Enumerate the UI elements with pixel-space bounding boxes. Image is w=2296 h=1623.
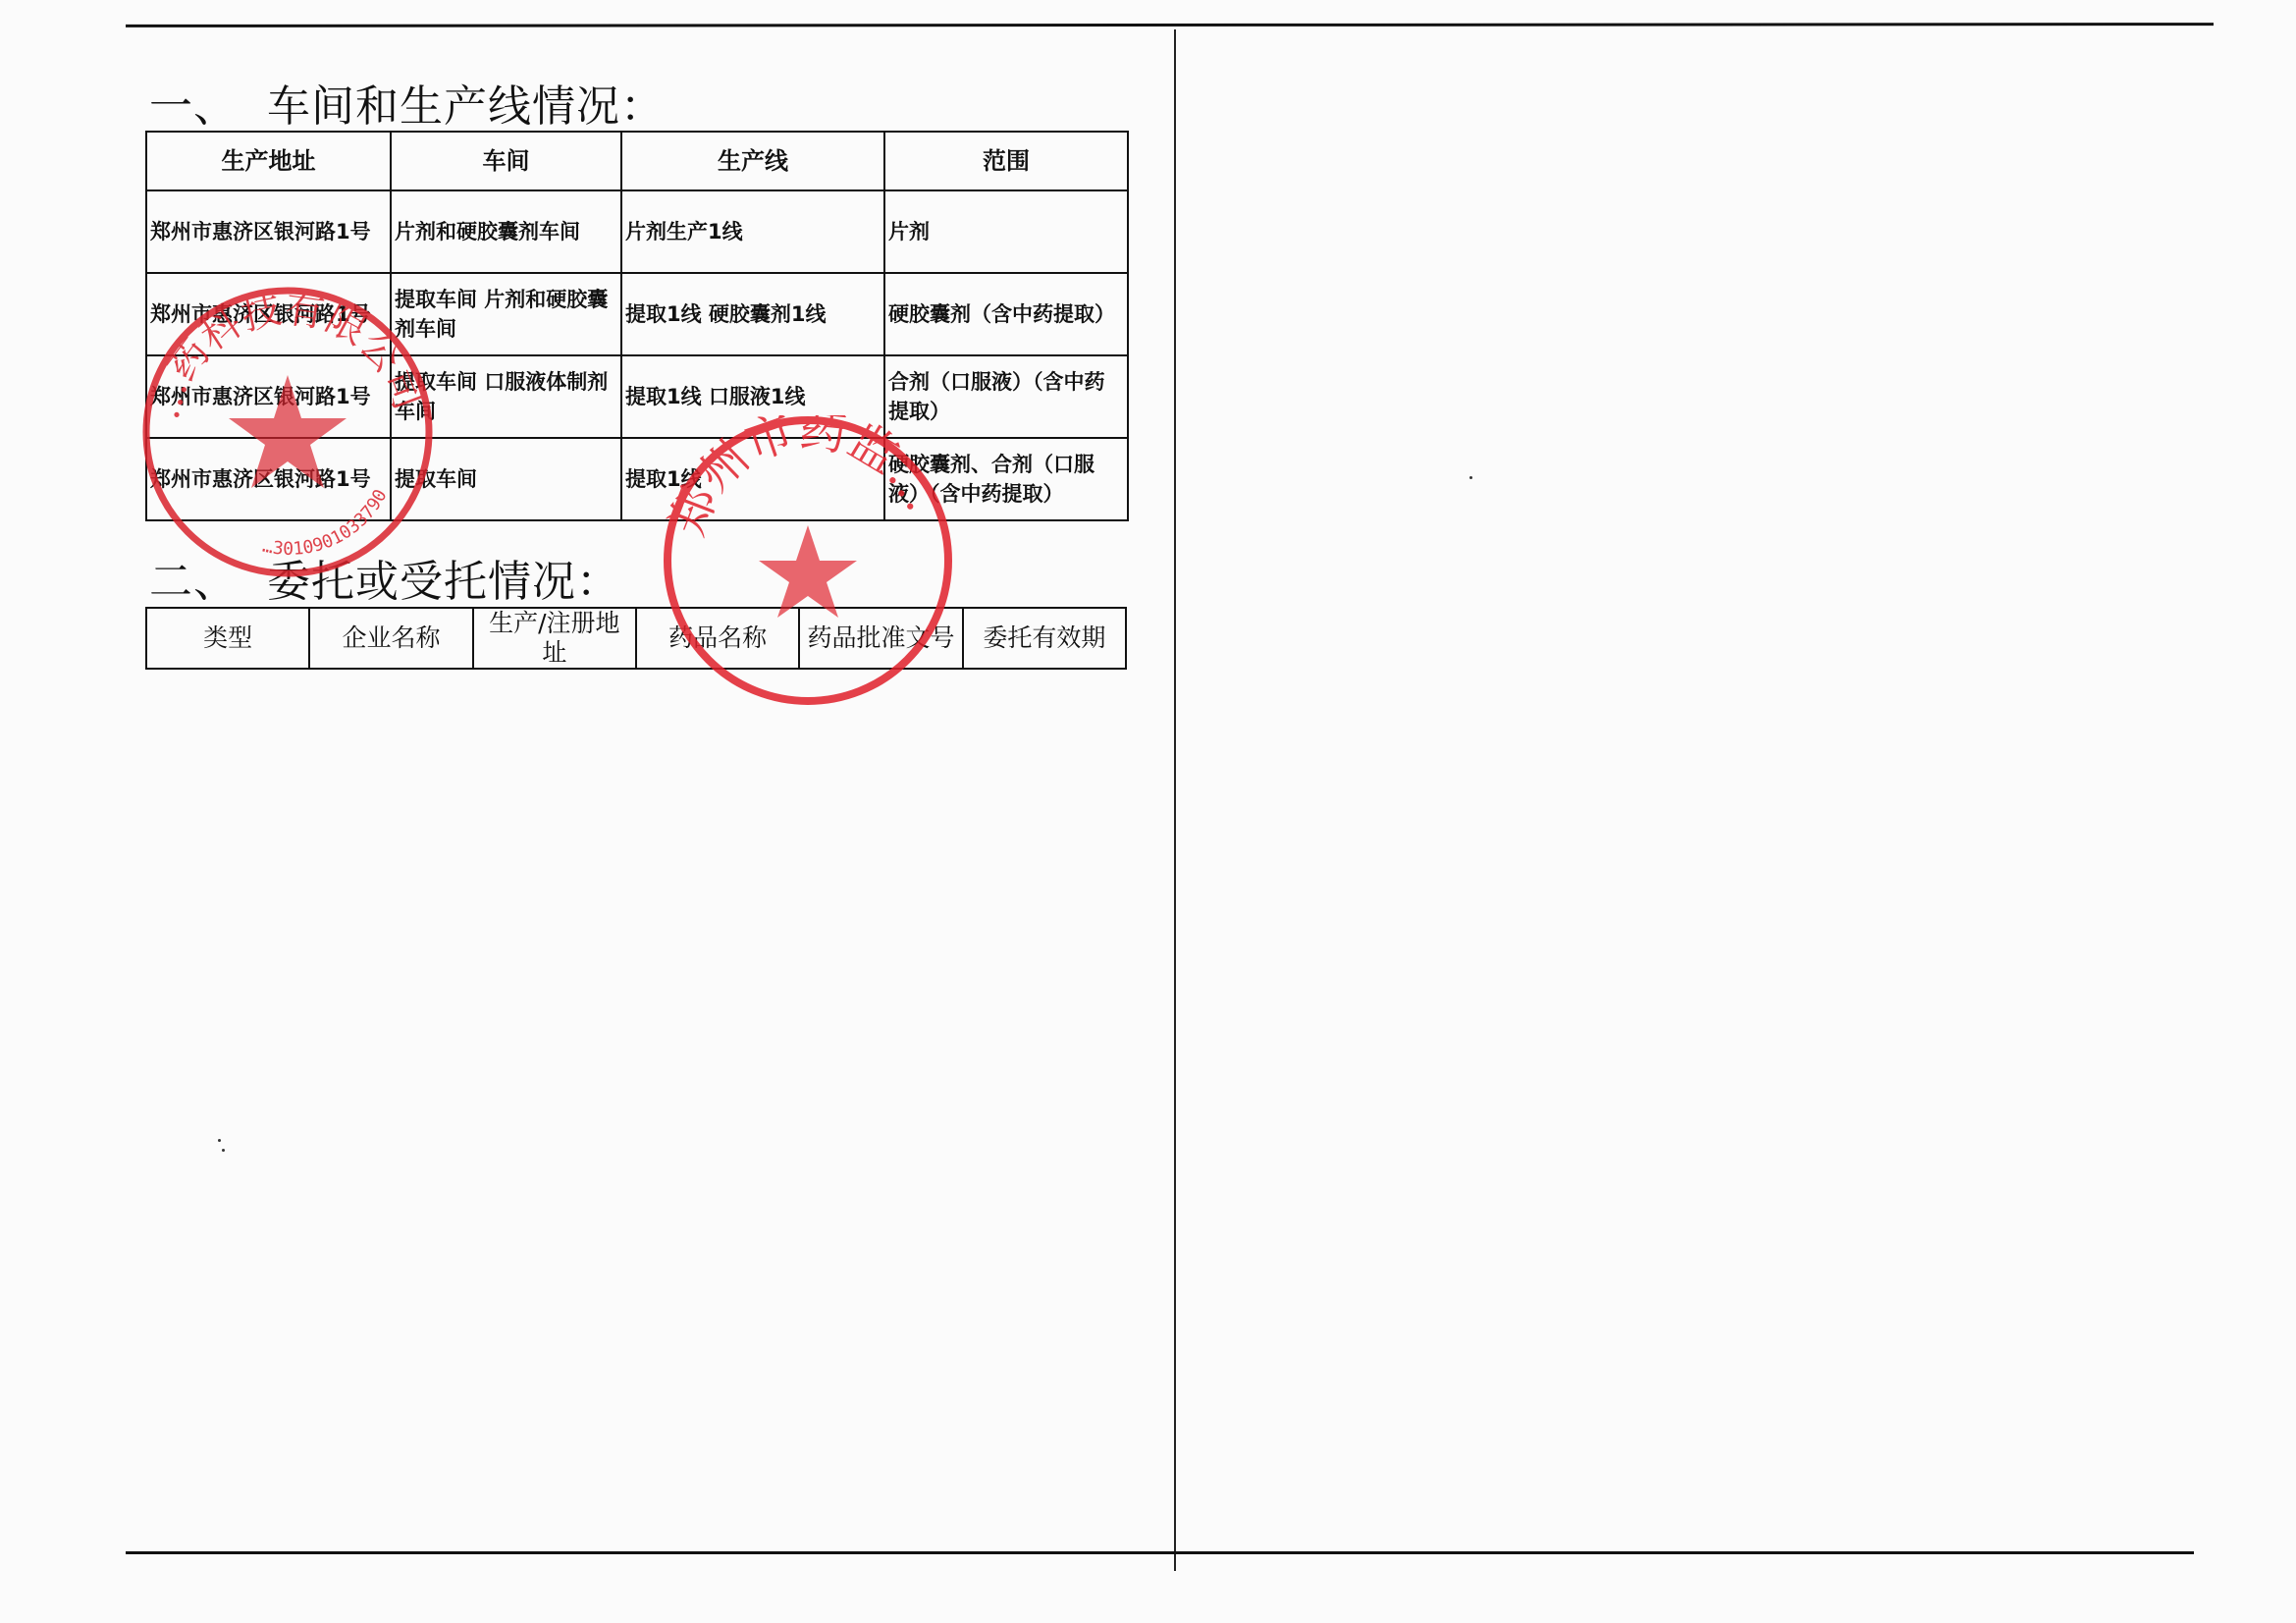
header-approval-number: 药品批准文号 bbox=[799, 608, 962, 669]
star-icon bbox=[759, 525, 857, 618]
table-row: 郑州市惠济区银河路1号 提取车间 口服液体制剂车间 提取1线 口服液1线 合剂（… bbox=[146, 355, 1128, 438]
cell-workshop: 提取车间 口服液体制剂车间 bbox=[391, 355, 621, 438]
header-production-line: 生产线 bbox=[621, 132, 884, 190]
header-registered-address: 生产/注册地址 bbox=[473, 608, 636, 669]
section-title-entrustment: 二、 委托或受托情况： bbox=[149, 546, 620, 609]
scan-speck bbox=[222, 1149, 225, 1152]
table-row: 郑州市惠济区银河路1号 提取车间 提取1线 硬胶囊剂、合剂（口服液）（含中药提取… bbox=[146, 438, 1128, 520]
cell-workshop: 提取车间 片剂和硬胶囊剂车间 bbox=[391, 273, 621, 355]
cell-workshop: 片剂和硬胶囊剂车间 bbox=[391, 190, 621, 273]
header-address: 生产地址 bbox=[146, 132, 391, 190]
scan-speck bbox=[218, 1139, 221, 1142]
page-bottom-rule bbox=[126, 1551, 2194, 1554]
header-drug-name: 药品名称 bbox=[636, 608, 799, 669]
cell-address: 郑州市惠济区银河路1号 bbox=[146, 273, 391, 355]
cell-workshop: 提取车间 bbox=[391, 438, 621, 520]
cell-address: 郑州市惠济区银河路1号 bbox=[146, 190, 391, 273]
header-workshop: 车间 bbox=[391, 132, 621, 190]
header-validity-period: 委托有效期 bbox=[963, 608, 1126, 669]
scan-speck bbox=[1469, 476, 1472, 479]
workshop-production-line-table: 生产地址 车间 生产线 范围 郑州市惠济区银河路1号 片剂和硬胶囊剂车间 片剂生… bbox=[145, 131, 1129, 521]
cell-production-line: 提取1线 bbox=[621, 438, 884, 520]
header-type: 类型 bbox=[146, 608, 309, 669]
header-scope: 范围 bbox=[884, 132, 1128, 190]
page-top-rule bbox=[126, 23, 2214, 27]
page-center-divider bbox=[1174, 29, 1176, 1571]
table-row: 郑州市惠济区银河路1号 提取车间 片剂和硬胶囊剂车间 提取1线 硬胶囊剂1线 硬… bbox=[146, 273, 1128, 355]
cell-scope: 合剂（口服液）（含中药提取） bbox=[884, 355, 1128, 438]
cell-address: 郑州市惠济区银河路1号 bbox=[146, 438, 391, 520]
table-header-row: 类型 企业名称 生产/注册地址 药品名称 药品批准文号 委托有效期 bbox=[146, 608, 1126, 669]
cell-production-line: 片剂生产1线 bbox=[621, 190, 884, 273]
cell-address: 郑州市惠济区银河路1号 bbox=[146, 355, 391, 438]
cell-scope: 硬胶囊剂（含中药提取） bbox=[884, 273, 1128, 355]
section-title-workshops: 一、 车间和生产线情况： bbox=[149, 71, 665, 134]
entrustment-table: 类型 企业名称 生产/注册地址 药品名称 药品批准文号 委托有效期 bbox=[145, 607, 1127, 670]
cell-production-line: 提取1线 口服液1线 bbox=[621, 355, 884, 438]
cell-scope: 硬胶囊剂、合剂（口服液）（含中药提取） bbox=[884, 438, 1128, 520]
table-row: 郑州市惠济区银河路1号 片剂和硬胶囊剂车间 片剂生产1线 片剂 bbox=[146, 190, 1128, 273]
header-company-name: 企业名称 bbox=[309, 608, 472, 669]
cell-scope: 片剂 bbox=[884, 190, 1128, 273]
cell-production-line: 提取1线 硬胶囊剂1线 bbox=[621, 273, 884, 355]
table-header-row: 生产地址 车间 生产线 范围 bbox=[146, 132, 1128, 190]
